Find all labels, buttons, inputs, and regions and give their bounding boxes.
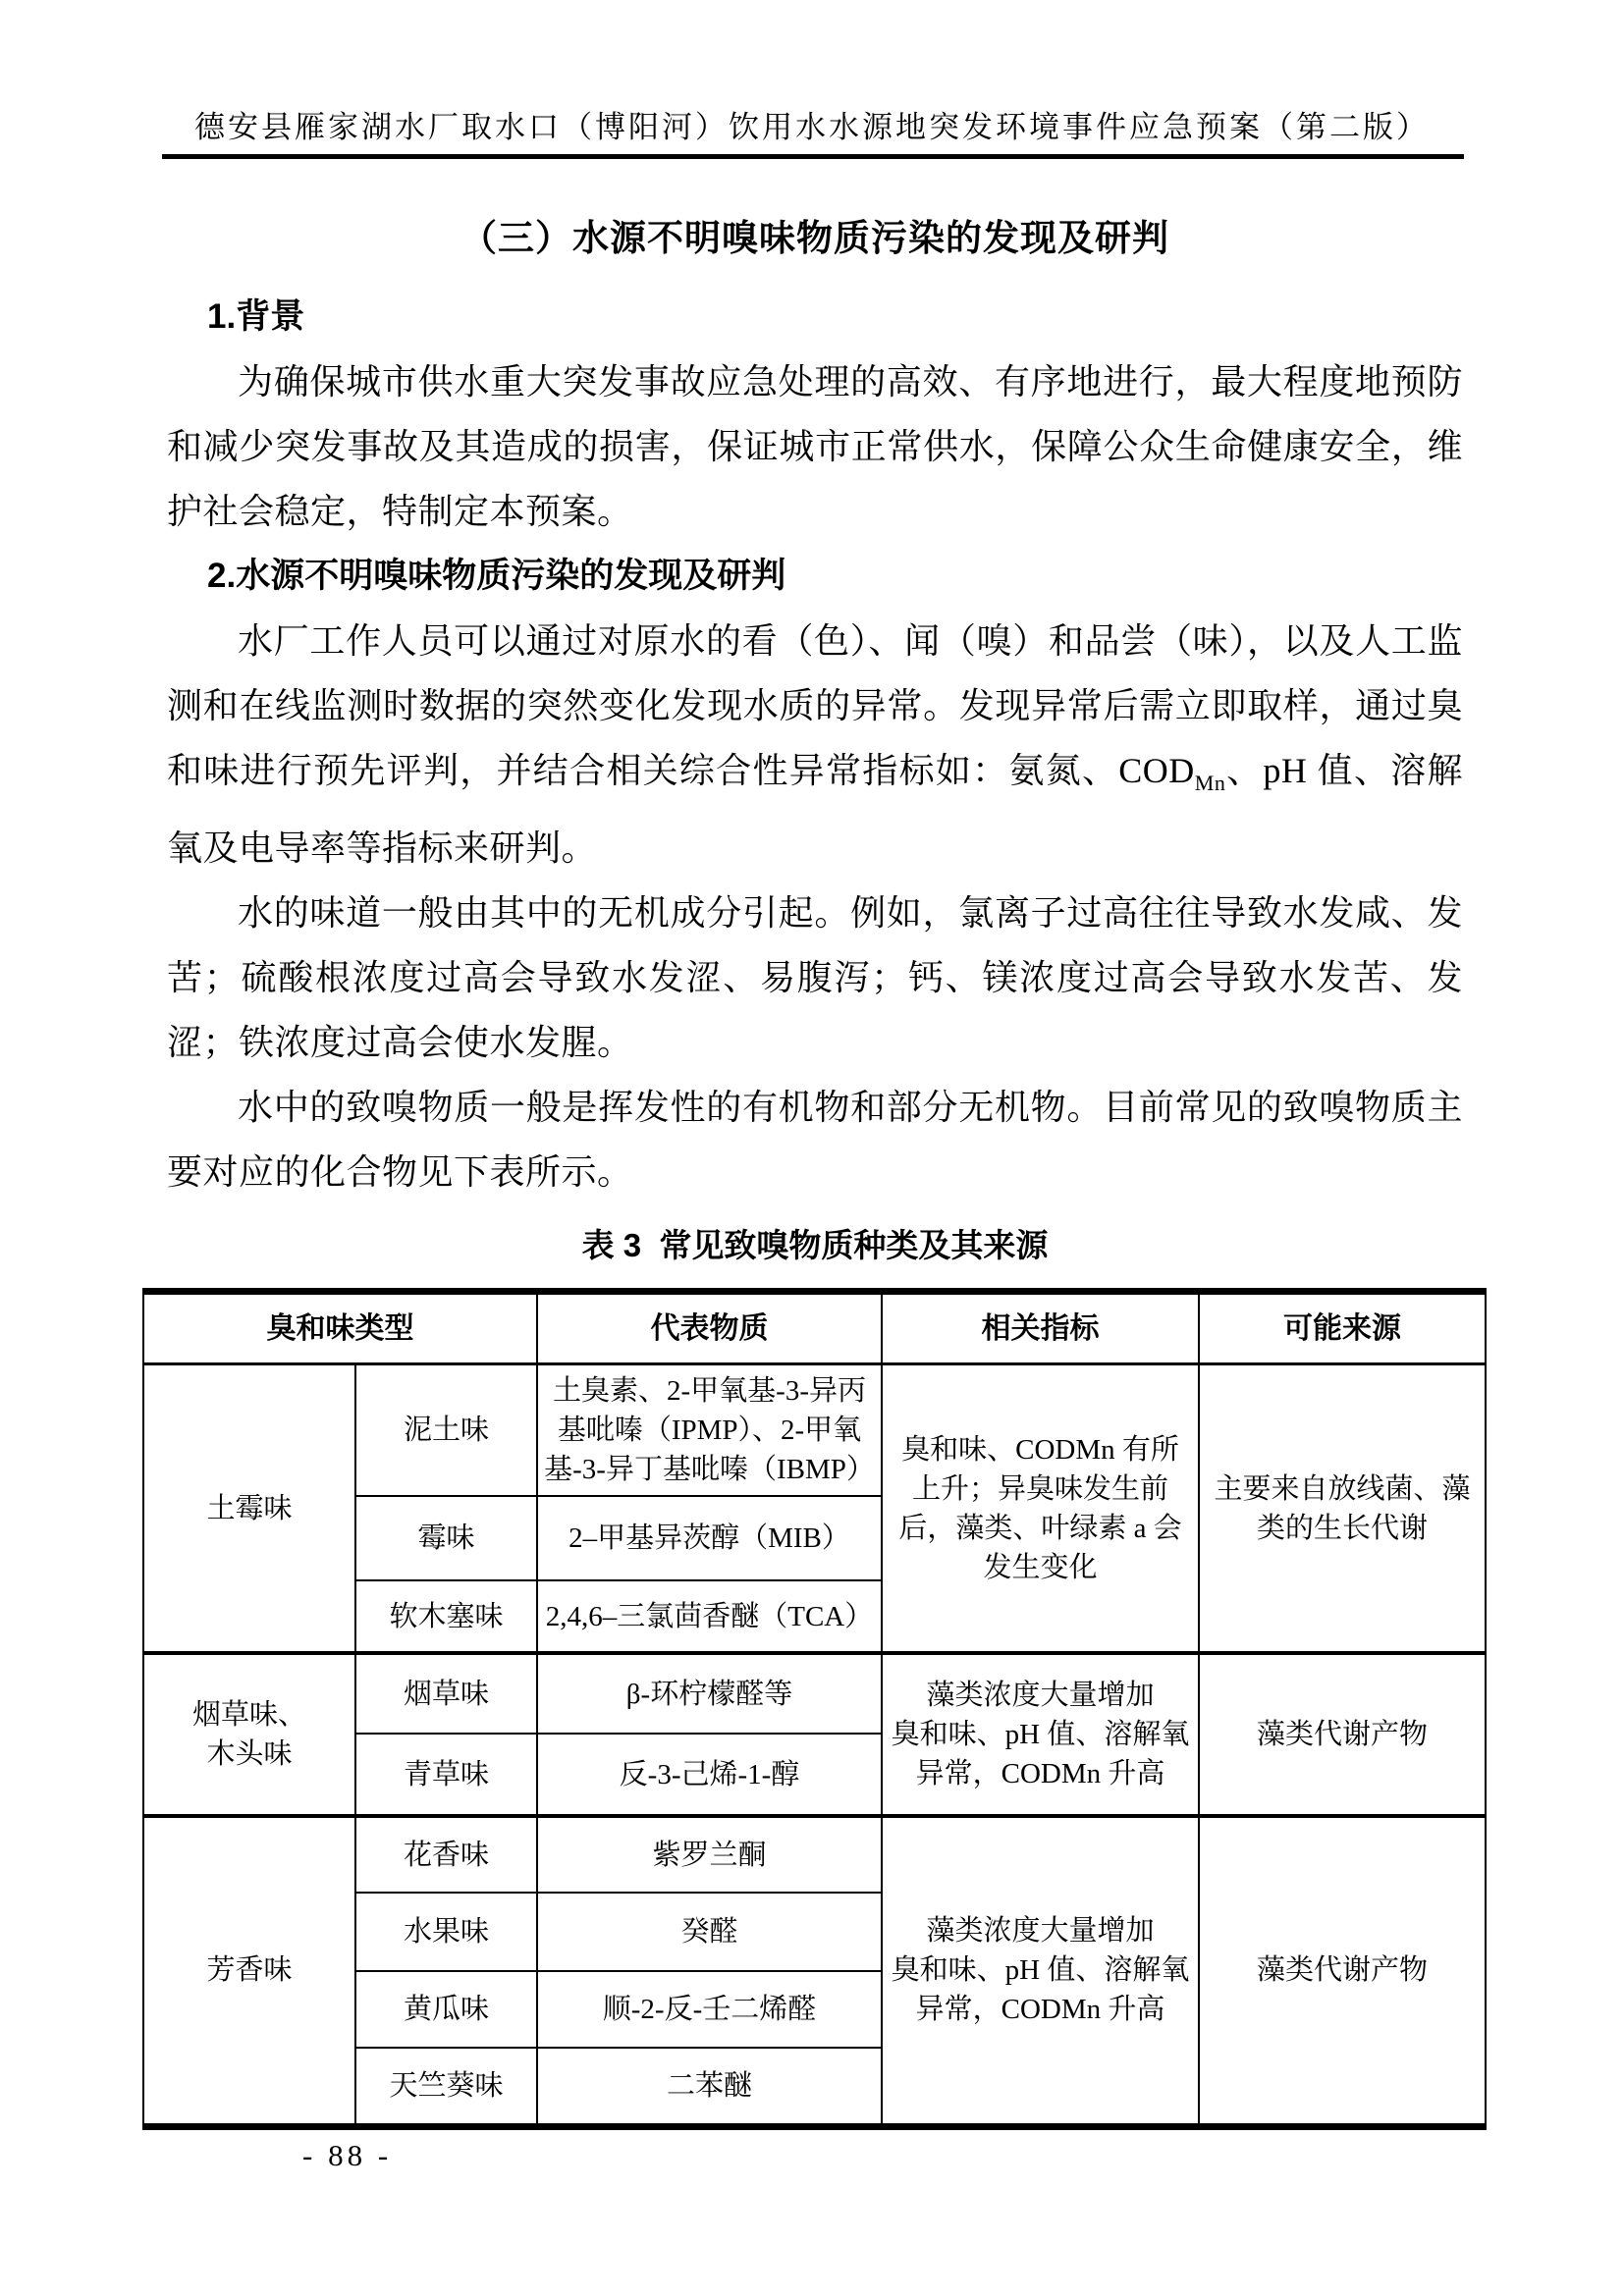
table-row: 烟草味、 木头味 烟草味 β-环柠檬醛等 藻类浓度大量增加 臭和味、pH 值、溶… xyxy=(143,1653,1486,1734)
heading-background: 1.背景 xyxy=(167,285,1463,349)
paragraph-odor-substances: 水中的致嗅物质一般是挥发性的有机物和部分无机物。目前常见的致嗅物质主要对应的化合… xyxy=(167,1075,1463,1204)
subtype-cell: 青草味 xyxy=(355,1734,537,1816)
subtype-cell: 烟草味 xyxy=(355,1653,537,1734)
table-row: 芳香味 花香味 紫罗兰酮 藻类浓度大量增加 臭和味、pH 值、溶解氧异常，COD… xyxy=(143,1816,1486,1893)
substance-cell: 土臭素、2-甲氧基-3-异丙基吡嗪（IPMP）、2-甲氧基-3-异丁基吡嗪（IB… xyxy=(537,1364,882,1497)
table-caption: 表 3 常见致嗅物质种类及其来源 xyxy=(167,1220,1463,1266)
page-content: （三）水源不明嗅味物质污染的发现及研判 1.背景 为确保城市供水重大突发事故应急… xyxy=(167,208,1463,2130)
subtype-cell: 软木塞味 xyxy=(355,1580,537,1653)
substance-cell: 2,4,6–三氯茴香醚（TCA） xyxy=(537,1580,882,1653)
substance-cell: β-环柠檬醛等 xyxy=(537,1653,882,1734)
header-rule xyxy=(162,154,1464,159)
source-cell: 藻类代谢产物 xyxy=(1199,1653,1486,1816)
source-cell: 主要来自放线菌、藻类的生长代谢 xyxy=(1199,1364,1486,1654)
source-cell: 藻类代谢产物 xyxy=(1199,1816,1486,2126)
indicator-cell: 藻类浓度大量增加 臭和味、pH 值、溶解氧异常，CODMn 升高 xyxy=(882,1816,1199,2126)
header-odor-type: 臭和味类型 xyxy=(143,1292,537,1364)
header-indicator: 相关指标 xyxy=(882,1292,1199,1364)
group-type-cell: 烟草味、 木头味 xyxy=(143,1653,355,1816)
subtype-cell: 霉味 xyxy=(355,1496,537,1580)
paragraph-discovery: 水厂工作人员可以通过对原水的看（色）、闻（嗅）和品尝（味），以及人工监测和在线监… xyxy=(167,609,1463,881)
odor-substance-table: 臭和味类型 代表物质 相关指标 可能来源 土霉味 泥土味 土臭素、2-甲氧基-3… xyxy=(142,1288,1487,2130)
document-page: 德安县雁家湖水厂取水口（博阳河）饮用水水源地突发环境事件应急预案（第二版） （三… xyxy=(0,0,1624,2296)
paragraph-background: 为确保城市供水重大突发事故应急处理的高效、有序地进行，最大程度地预防和减少突发事… xyxy=(167,349,1463,544)
subtype-cell: 花香味 xyxy=(355,1816,537,1893)
heading-discovery: 2.水源不明嗅味物质污染的发现及研判 xyxy=(167,544,1463,609)
substance-cell: 2–甲基异茨醇（MIB） xyxy=(537,1496,882,1580)
header-substance: 代表物质 xyxy=(537,1292,882,1364)
subtype-cell: 黄瓜味 xyxy=(355,1971,537,2048)
substance-cell: 顺-2-反-壬二烯醛 xyxy=(537,1971,882,2048)
indicator-cell: 藻类浓度大量增加 臭和味、pH 值、溶解氧异常，CODMn 升高 xyxy=(882,1653,1199,1816)
subtype-cell: 天竺葵味 xyxy=(355,2048,537,2126)
header-source: 可能来源 xyxy=(1199,1292,1486,1364)
substance-cell: 癸醛 xyxy=(537,1893,882,1971)
substance-cell: 二苯醚 xyxy=(537,2048,882,2126)
group-type-cell: 芳香味 xyxy=(143,1816,355,2126)
page-number: - 88 - xyxy=(302,2138,392,2173)
running-header: 德安县雁家湖水厂取水口（博阳河）饮用水水源地突发环境事件应急预案（第二版） xyxy=(0,0,1624,146)
substance-cell: 紫罗兰酮 xyxy=(537,1816,882,1893)
substance-cell: 反-3-己烯-1-醇 xyxy=(537,1734,882,1816)
subtype-cell: 水果味 xyxy=(355,1893,537,1971)
table-header-row: 臭和味类型 代表物质 相关指标 可能来源 xyxy=(143,1292,1486,1364)
section-title: （三）水源不明嗅味物质污染的发现及研判 xyxy=(167,208,1463,261)
table-row: 土霉味 泥土味 土臭素、2-甲氧基-3-异丙基吡嗪（IPMP）、2-甲氧基-3-… xyxy=(143,1364,1486,1497)
group-type-cell: 土霉味 xyxy=(143,1364,355,1654)
indicator-cell: 臭和味、CODMn 有所上升；异臭味发生前后，藻类、叶绿素 a 会发生变化 xyxy=(882,1364,1199,1654)
subtype-cell: 泥土味 xyxy=(355,1364,537,1497)
paragraph-taste: 水的味道一般由其中的无机成分引起。例如，氯离子过高往往导致水发咸、发苦；硫酸根浓… xyxy=(167,881,1463,1075)
